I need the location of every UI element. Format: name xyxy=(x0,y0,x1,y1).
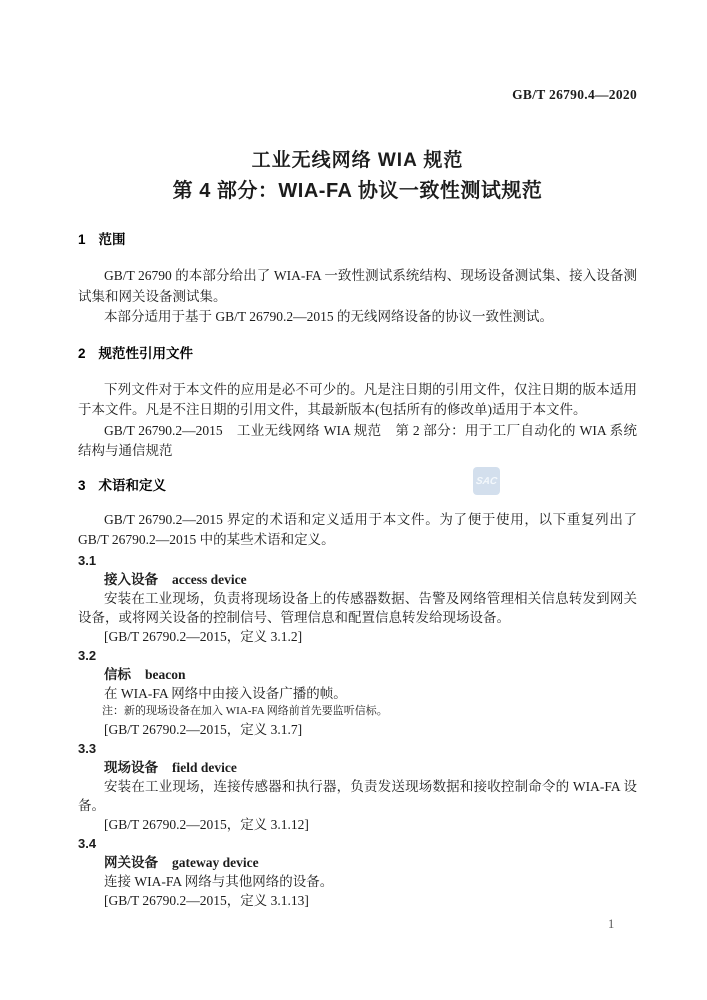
document-page: GB/T 26790.4—2020 工业无线网络 WIA 规范 第 4 部分：W… xyxy=(0,0,707,1000)
term-english: access device xyxy=(172,572,247,587)
term-chinese: 信标 xyxy=(104,667,131,682)
section-2-heading: 2规范性引用文件 xyxy=(78,346,637,362)
term-english: gateway device xyxy=(172,855,259,870)
section-1-title: 范围 xyxy=(99,232,126,247)
paragraph: 本部分适用于基于 GB/T 26790.2—2015 的无线网络设备的协议一致性… xyxy=(78,307,637,328)
definition-term: 网关设备gateway device xyxy=(78,853,637,872)
definition-body: 连接 WIA-FA 网络与其他网络的设备。 xyxy=(78,872,637,891)
doc-code: GB/T 26790.4—2020 xyxy=(78,87,637,102)
term-chinese: 现场设备 xyxy=(104,760,158,775)
definition-number: 3.4 xyxy=(78,834,637,853)
definition-term: 接入设备access device xyxy=(78,570,637,589)
definition-3-3: 3.3 现场设备field device 安装在工业现场，连接传感器和执行器，负… xyxy=(78,739,637,834)
term-chinese: 接入设备 xyxy=(104,572,158,587)
definition-3-4: 3.4 网关设备gateway device 连接 WIA-FA 网络与其他网络… xyxy=(78,834,637,910)
definition-source: [GB/T 26790.2—2015，定义 3.1.12] xyxy=(78,815,637,834)
section-3-title: 术语和定义 xyxy=(99,478,167,493)
sac-watermark-text: SAC xyxy=(475,476,498,487)
section-1-number: 1 xyxy=(78,232,86,248)
doc-title-line2: 第 4 部分：WIA-FA 协议一致性测试规范 xyxy=(78,176,637,206)
definition-body: 安装在工业现场，负责将现场设备上的传感器数据、告警及网络管理相关信息转发到网关设… xyxy=(78,589,637,627)
definition-number: 3.2 xyxy=(78,646,637,665)
page-number: 1 xyxy=(608,917,614,932)
definition-source: [GB/T 26790.2—2015，定义 3.1.2] xyxy=(78,627,637,646)
section-3-heading: 3术语和定义 xyxy=(78,478,637,494)
definition-note: 注：新的现场设备在加入 WIA-FA 网络前首先要监听信标。 xyxy=(78,703,637,720)
section-3-body: GB/T 26790.2—2015 界定的术语和定义适用于本文件。为了便于使用，… xyxy=(78,510,637,551)
doc-title: 工业无线网络 WIA 规范 第 4 部分：WIA-FA 协议一致性测试规范 xyxy=(78,146,637,206)
term-english: field device xyxy=(172,760,237,775)
section-1-heading: 1范围 xyxy=(78,232,637,248)
definition-term: 现场设备field device xyxy=(78,758,637,777)
section-3-number: 3 xyxy=(78,478,86,494)
section-2-title: 规范性引用文件 xyxy=(99,346,194,361)
definition-term: 信标beacon xyxy=(78,665,637,684)
paragraph: GB/T 26790 的本部分给出了 WIA-FA 一致性测试系统结构、现场设备… xyxy=(78,266,637,307)
term-english: beacon xyxy=(145,667,186,682)
definition-source: [GB/T 26790.2—2015，定义 3.1.13] xyxy=(78,891,637,910)
definition-body: 在 WIA-FA 网络中由接入设备广播的帧。 xyxy=(78,684,637,703)
paragraph: 下列文件对于本文件的应用是必不可少的。凡是注日期的引用文件，仅注日期的版本适用于… xyxy=(78,380,637,421)
section-2-body: 下列文件对于本文件的应用是必不可少的。凡是注日期的引用文件，仅注日期的版本适用于… xyxy=(78,380,637,462)
section-2-number: 2 xyxy=(78,346,86,362)
definition-body: 安装在工业现场，连接传感器和执行器，负责发送现场数据和接收控制命令的 WIA-F… xyxy=(78,777,637,815)
normative-reference: GB/T 26790.2—2015 工业无线网络 WIA 规范 第 2 部分：用… xyxy=(78,421,637,462)
definition-number: 3.3 xyxy=(78,739,637,758)
definitions-list: 3.1 接入设备access device 安装在工业现场，负责将现场设备上的传… xyxy=(78,551,637,910)
sac-watermark-icon: SAC xyxy=(473,467,500,495)
definition-3-2: 3.2 信标beacon 在 WIA-FA 网络中由接入设备广播的帧。 注：新的… xyxy=(78,646,637,739)
doc-title-line1: 工业无线网络 WIA 规范 xyxy=(78,146,637,176)
paragraph: GB/T 26790.2—2015 界定的术语和定义适用于本文件。为了便于使用，… xyxy=(78,510,637,551)
definition-source: [GB/T 26790.2—2015，定义 3.1.7] xyxy=(78,720,637,739)
section-1-body: GB/T 26790 的本部分给出了 WIA-FA 一致性测试系统结构、现场设备… xyxy=(78,266,637,328)
definition-3-1: 3.1 接入设备access device 安装在工业现场，负责将现场设备上的传… xyxy=(78,551,637,646)
definition-number: 3.1 xyxy=(78,551,637,570)
term-chinese: 网关设备 xyxy=(104,855,158,870)
